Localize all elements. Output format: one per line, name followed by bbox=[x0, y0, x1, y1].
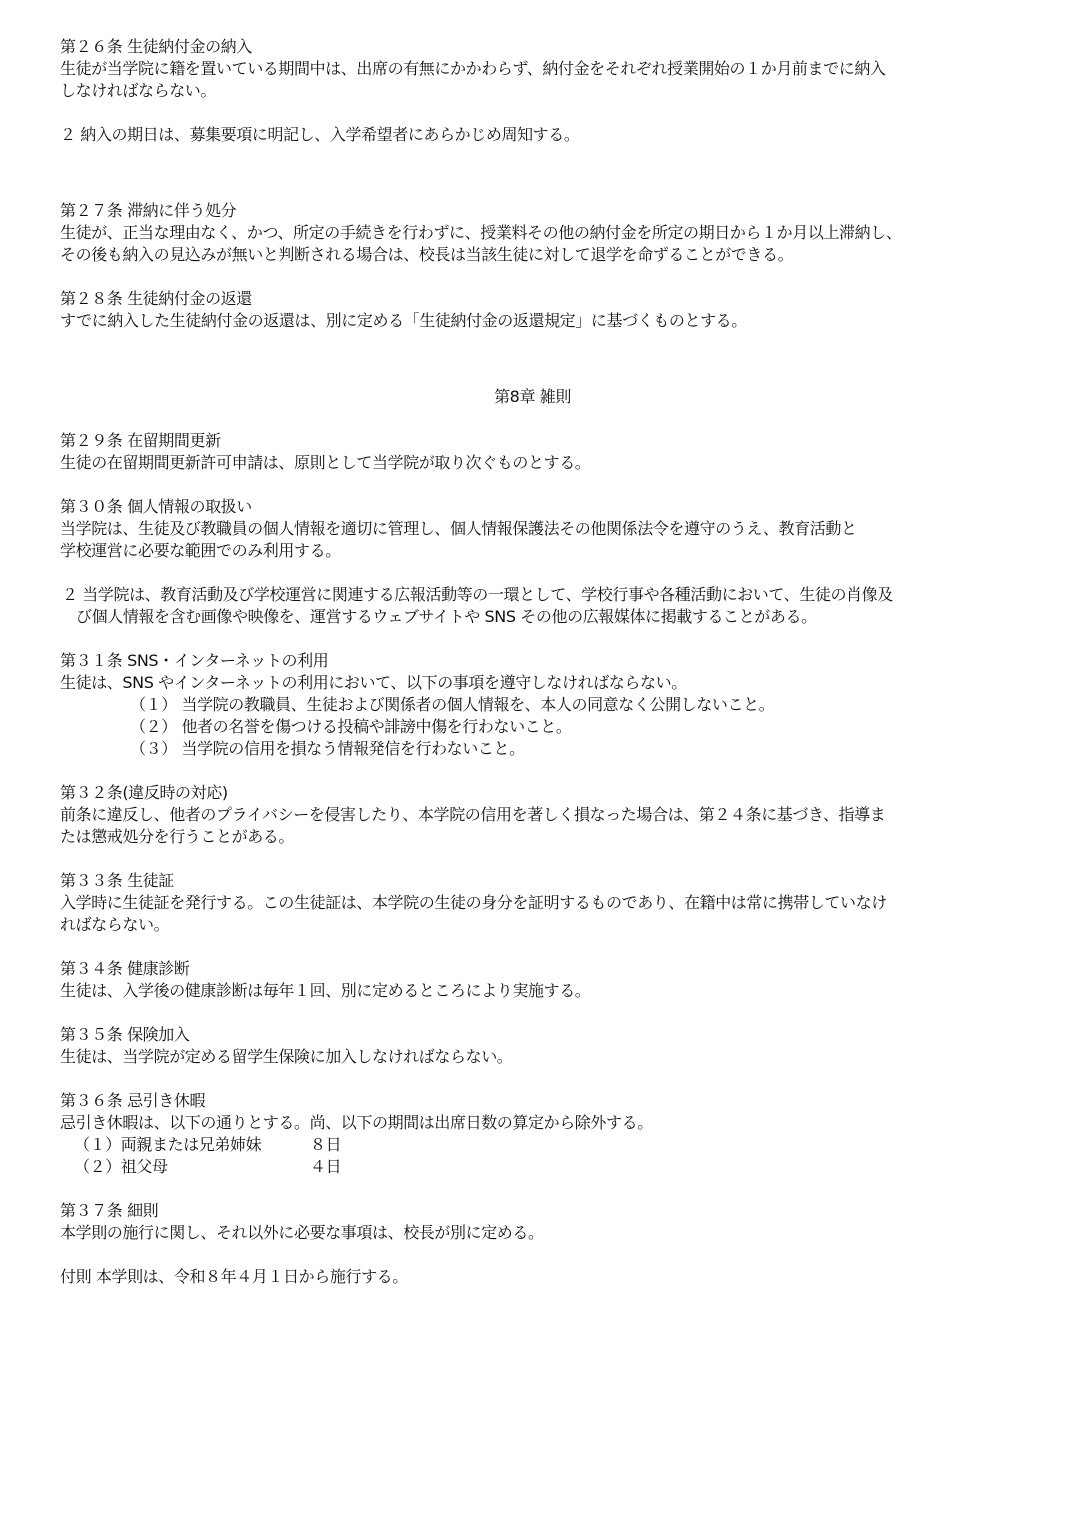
article-title: 第３２条(違反時の対応) bbox=[60, 782, 1015, 804]
article-text: 生徒は、入学後の健康診断は毎年１回、別に定めるところにより実施する。 bbox=[60, 980, 1015, 1002]
article-paragraph-2-cont: び個人情報を含む画像や映像を、運営するウェブサイトや SNS その他の広報媒体に… bbox=[60, 606, 1015, 628]
leave-item: （２）祖父母 ４日 bbox=[60, 1156, 1015, 1178]
article-title: 第２６条 生徒納付金の納入 bbox=[60, 36, 1015, 58]
article-title: 第３４条 健康診断 bbox=[60, 958, 1015, 980]
article-34: 第３４条 健康診断 生徒は、入学後の健康診断は毎年１回、別に定めるところにより実… bbox=[60, 958, 1015, 1002]
list-item: （３） 当学院の信用を損なう情報発信を行わないこと。 bbox=[60, 738, 1015, 760]
article-title: 第３１条 SNS・インターネットの利用 bbox=[60, 650, 1015, 672]
supplementary-provision: 付則 本学則は、令和８年４月１日から施行する。 bbox=[60, 1266, 1015, 1288]
leave-item: （１）両親または兄弟姉妹 ８日 bbox=[60, 1134, 1015, 1156]
article-title: 第２７条 滞納に伴う処分 bbox=[60, 200, 1015, 222]
article-text: 生徒は、SNS やインターネットの利用において、以下の事項を遵守しなければならな… bbox=[60, 672, 1015, 694]
article-title: 第３６条 忌引き休暇 bbox=[60, 1090, 1015, 1112]
article-37: 第３７条 細則 本学則の施行に関し、それ以外に必要な事項は、校長が別に定める。 bbox=[60, 1200, 1015, 1244]
article-29: 第２９条 在留期間更新 生徒の在留期間更新許可申請は、原則として当学院が取り次ぐ… bbox=[60, 430, 1015, 474]
article-text: 当学院は、生徒及び教職員の個人情報を適切に管理し、個人情報保護法その他関係法令を… bbox=[60, 518, 1015, 540]
article-text: 生徒は、当学院が定める留学生保険に加入しなければならない。 bbox=[60, 1046, 1015, 1068]
list-item: （１） 当学院の教職員、生徒および関係者の個人情報を、本人の同意なく公開しないこ… bbox=[60, 694, 1015, 716]
document-page: 第２６条 生徒納付金の納入 生徒が当学院に籍を置いている期間中は、出席の有無にか… bbox=[60, 36, 1015, 1288]
article-text: 入学時に生徒証を発行する。この生徒証は、本学院の生徒の身分を証明するものであり、… bbox=[60, 892, 1015, 914]
article-30: 第３０条 個人情報の取扱い 当学院は、生徒及び教職員の個人情報を適切に管理し、個… bbox=[60, 496, 1015, 628]
article-text: 生徒の在留期間更新許可申請は、原則として当学院が取り次ぐものとする。 bbox=[60, 452, 1015, 474]
article-paragraph-2: ２ 納入の期日は、募集要項に明記し、入学希望者にあらかじめ周知する。 bbox=[60, 124, 1015, 146]
chapter-heading: 第8章 雑則 bbox=[60, 386, 1015, 408]
article-text: ればならない。 bbox=[60, 914, 1015, 936]
article-33: 第３３条 生徒証 入学時に生徒証を発行する。この生徒証は、本学院の生徒の身分を証… bbox=[60, 870, 1015, 936]
article-title: 第３７条 細則 bbox=[60, 1200, 1015, 1222]
article-title: 第２９条 在留期間更新 bbox=[60, 430, 1015, 452]
article-35: 第３５条 保険加入 生徒は、当学院が定める留学生保険に加入しなければならない。 bbox=[60, 1024, 1015, 1068]
leave-days: ４日 bbox=[310, 1156, 341, 1178]
article-text: すでに納入した生徒納付金の返還は、別に定める「生徒納付金の返還規定」に基づくもの… bbox=[60, 310, 1015, 332]
article-text: 生徒が、正当な理由なく、かつ、所定の手続きを行わずに、授業料その他の納付金を所定… bbox=[60, 222, 1015, 244]
list-item: （２） 他者の名誉を傷つける投稿や誹謗中傷を行わないこと。 bbox=[60, 716, 1015, 738]
article-text: その後も納入の見込みが無いと判断される場合は、校長は当該生徒に対して退学を命ずる… bbox=[60, 244, 1015, 266]
article-text: 学校運営に必要な範囲でのみ利用する。 bbox=[60, 540, 1015, 562]
article-paragraph-2: ２ 当学院は、教育活動及び学校運営に関連する広報活動等の一環として、学校行事や各… bbox=[60, 584, 1015, 606]
article-28: 第２８条 生徒納付金の返還 すでに納入した生徒納付金の返還は、別に定める「生徒納… bbox=[60, 288, 1015, 332]
article-36: 第３６条 忌引き休暇 忌引き休暇は、以下の通りとする。尚、以下の期間は出席日数の… bbox=[60, 1090, 1015, 1178]
article-title: 第３０条 個人情報の取扱い bbox=[60, 496, 1015, 518]
article-26: 第２６条 生徒納付金の納入 生徒が当学院に籍を置いている期間中は、出席の有無にか… bbox=[60, 36, 1015, 146]
article-text: 本学則の施行に関し、それ以外に必要な事項は、校長が別に定める。 bbox=[60, 1222, 1015, 1244]
article-text: 忌引き休暇は、以下の通りとする。尚、以下の期間は出席日数の算定から除外する。 bbox=[60, 1112, 1015, 1134]
article-27: 第２７条 滞納に伴う処分 生徒が、正当な理由なく、かつ、所定の手続きを行わずに、… bbox=[60, 200, 1015, 266]
article-text: しなければならない。 bbox=[60, 80, 1015, 102]
article-title: 第３５条 保険加入 bbox=[60, 1024, 1015, 1046]
article-text: 生徒が当学院に籍を置いている期間中は、出席の有無にかかわらず、納付金をそれぞれ授… bbox=[60, 58, 1015, 80]
article-text: 前条に違反し、他者のプライバシーを侵害したり、本学院の信用を著しく損なった場合は… bbox=[60, 804, 1015, 826]
article-title: 第３３条 生徒証 bbox=[60, 870, 1015, 892]
leave-days: ８日 bbox=[310, 1134, 341, 1156]
article-31: 第３１条 SNS・インターネットの利用 生徒は、SNS やインターネットの利用に… bbox=[60, 650, 1015, 760]
leave-relation: （１）両親または兄弟姉妹 bbox=[74, 1134, 310, 1156]
leave-relation: （２）祖父母 bbox=[74, 1156, 310, 1178]
article-title: 第２８条 生徒納付金の返還 bbox=[60, 288, 1015, 310]
article-text: たは懲戒処分を行うことがある。 bbox=[60, 826, 1015, 848]
article-32: 第３２条(違反時の対応) 前条に違反し、他者のプライバシーを侵害したり、本学院の… bbox=[60, 782, 1015, 848]
